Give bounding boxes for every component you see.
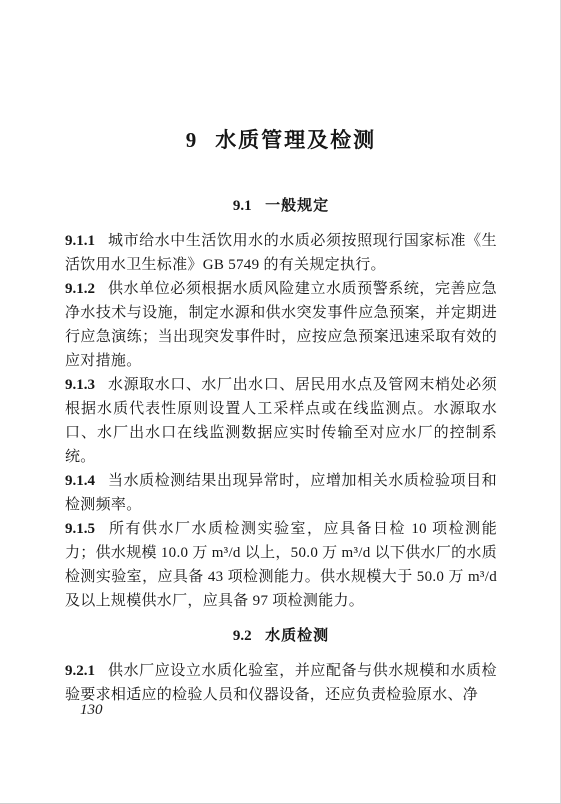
clause-number: 9.1.1 bbox=[65, 233, 95, 249]
clause-9-1-5: 9.1.5所有供水厂水质检测实验室，应具备日检 10 项检测能力；供水规模 10… bbox=[65, 517, 497, 613]
clause-text: 所有供水厂水质检测实验室，应具备日检 10 项检测能力；供水规模 10.0 万 … bbox=[65, 521, 497, 609]
clause-text: 供水厂应设立水质化验室，并应配备与供水规模和水质检验要求相适应的检验人员和仪器设… bbox=[65, 663, 497, 703]
section-general-provisions: 9.1一般规定 9.1.1城市给水中生活饮用水的水质必须按照现行国家标准《生活饮… bbox=[65, 196, 497, 613]
chapter-number: 9 bbox=[186, 128, 197, 152]
clause-text: 水源取水口、水厂出水口、居民用水点及管网末梢处必须根据水质代表性原则设置人工采样… bbox=[65, 377, 497, 465]
section-number: 9.2 bbox=[233, 628, 252, 644]
clause-number: 9.1.4 bbox=[65, 473, 95, 489]
clause-text: 供水单位必须根据水质风险建立水质预警系统，完善应急净水技术与设施，制定水源和供水… bbox=[65, 281, 497, 369]
clause-9-1-3: 9.1.3水源取水口、水厂出水口、居民用水点及管网末梢处必须根据水质代表性原则设… bbox=[65, 373, 497, 469]
section-water-quality-testing: 9.2水质检测 9.2.1供水厂应设立水质化验室，并应配备与供水规模和水质检验要… bbox=[65, 626, 497, 707]
section-number: 9.1 bbox=[233, 198, 252, 214]
section-heading: 9.2水质检测 bbox=[65, 626, 497, 646]
clause-number: 9.1.3 bbox=[65, 377, 95, 393]
chapter-heading: 9水质管理及检测 bbox=[65, 125, 497, 155]
chapter-title: 水质管理及检测 bbox=[215, 128, 376, 152]
clause-9-1-1: 9.1.1城市给水中生活饮用水的水质必须按照现行国家标准《生活饮用水卫生标准》G… bbox=[65, 229, 497, 277]
clause-number: 9.1.5 bbox=[65, 521, 95, 537]
section-title: 水质检测 bbox=[265, 627, 329, 644]
section-heading: 9.1一般规定 bbox=[65, 196, 497, 216]
clause-9-1-2: 9.1.2供水单位必须根据水质风险建立水质预警系统，完善应急净水技术与设施，制定… bbox=[65, 277, 497, 373]
clause-9-1-4: 9.1.4当水质检测结果出现异常时，应增加相关水质检验项目和检测频率。 bbox=[65, 469, 497, 517]
page-number: 130 bbox=[80, 702, 103, 719]
clause-9-2-1: 9.2.1供水厂应设立水质化验室，并应配备与供水规模和水质检验要求相适应的检验人… bbox=[65, 659, 497, 707]
clause-number: 9.2.1 bbox=[65, 663, 95, 679]
page-content: 9水质管理及检测 9.1一般规定 9.1.1城市给水中生活饮用水的水质必须按照现… bbox=[65, 0, 497, 707]
section-title: 一般规定 bbox=[265, 197, 329, 214]
document-page: 9水质管理及检测 9.1一般规定 9.1.1城市给水中生活饮用水的水质必须按照现… bbox=[0, 0, 561, 804]
clause-text: 当水质检测结果出现异常时，应增加相关水质检验项目和检测频率。 bbox=[65, 473, 497, 513]
clause-number: 9.1.2 bbox=[65, 281, 95, 297]
clause-text: 城市给水中生活饮用水的水质必须按照现行国家标准《生活饮用水卫生标准》GB 574… bbox=[65, 233, 497, 273]
